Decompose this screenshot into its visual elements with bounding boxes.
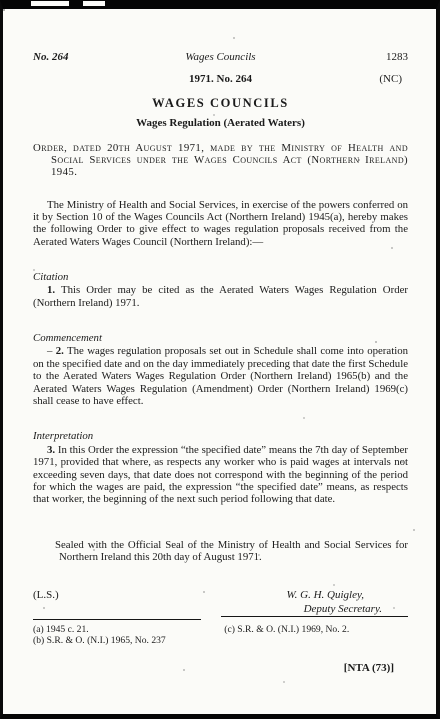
seal-mark: (L.S.) — [33, 589, 123, 615]
signatory-name: W. G. H. Quigley, — [286, 589, 364, 601]
section-heading-commencement: Commencement — [33, 332, 408, 344]
footnote-column-right: (c) S.R. & O. (N.I.) 1969, No. 2. — [224, 624, 408, 646]
section-prefix: – — [47, 345, 56, 357]
section-body-citation: 1. This Order may be cited as the Aerate… — [33, 284, 408, 309]
section-text: The wages regulation proposals set out i… — [33, 345, 408, 407]
series-number: 1971. No. 264 — [189, 73, 252, 85]
footnote-rule-left — [33, 619, 201, 620]
footnote-rule-right — [221, 616, 408, 617]
section-heading-interpretation: Interpretation — [33, 430, 408, 442]
section-body-interpretation: 3. In this Order the expression “the spe… — [33, 444, 408, 506]
footnote-divider — [33, 615, 408, 620]
document-number: No. 264 — [33, 51, 125, 63]
section-text: This Order may be cited as the Aerated W… — [33, 284, 408, 308]
section-body-commencement: – 2. The wages regulation proposals set … — [33, 345, 408, 407]
reference-code: [NTA (73)] — [33, 662, 408, 674]
section-number: 2. — [56, 345, 64, 357]
section-number: 3. — [47, 444, 55, 456]
footnotes: (a) 1945 c. 21. (b) S.R. & O. (N.I.) 196… — [33, 624, 408, 646]
running-header: No. 264 Wages Councils 1283 — [33, 51, 408, 63]
footnote-b: (b) S.R. & O. (N.I.) 1965, No. 237 — [33, 635, 224, 646]
intro-paragraph: The Ministry of Health and Social Servic… — [33, 199, 408, 249]
section-text: In this Order the expression “the specif… — [33, 444, 408, 506]
footnote-column-left: (a) 1945 c. 21. (b) S.R. & O. (N.I.) 196… — [33, 624, 224, 646]
signature-block: W. G. H. Quigley, Deputy Secretary. — [286, 589, 408, 615]
series-line: 1971. No. 264 (NC) — [33, 73, 408, 85]
running-title: Wages Councils — [125, 51, 316, 63]
series-tag: (NC) — [379, 73, 402, 85]
document-title: WAGES COUNCILS — [33, 97, 408, 109]
order-preamble: Order, dated 20th August 1971, made by t… — [33, 142, 408, 179]
document-page: No. 264 Wages Councils 1283 1971. No. 26… — [0, 0, 440, 719]
sealing-clause: Sealed with the Official Seal of the Min… — [33, 539, 408, 564]
scan-edge-artifact — [31, 1, 69, 6]
footnote-a: (a) 1945 c. 21. — [33, 624, 224, 635]
footnote-c: (c) S.R. & O. (N.I.) 1969, No. 2. — [224, 624, 408, 635]
scan-edge-artifact — [83, 1, 105, 6]
document-subtitle: Wages Regulation (Aerated Waters) — [33, 117, 408, 129]
section-heading-citation: Citation — [33, 271, 408, 283]
signature-row: (L.S.) W. G. H. Quigley, Deputy Secretar… — [33, 589, 408, 615]
page-number: 1283 — [316, 51, 408, 63]
signatory-title: Deputy Secretary. — [304, 603, 382, 615]
section-number: 1. — [47, 284, 55, 296]
